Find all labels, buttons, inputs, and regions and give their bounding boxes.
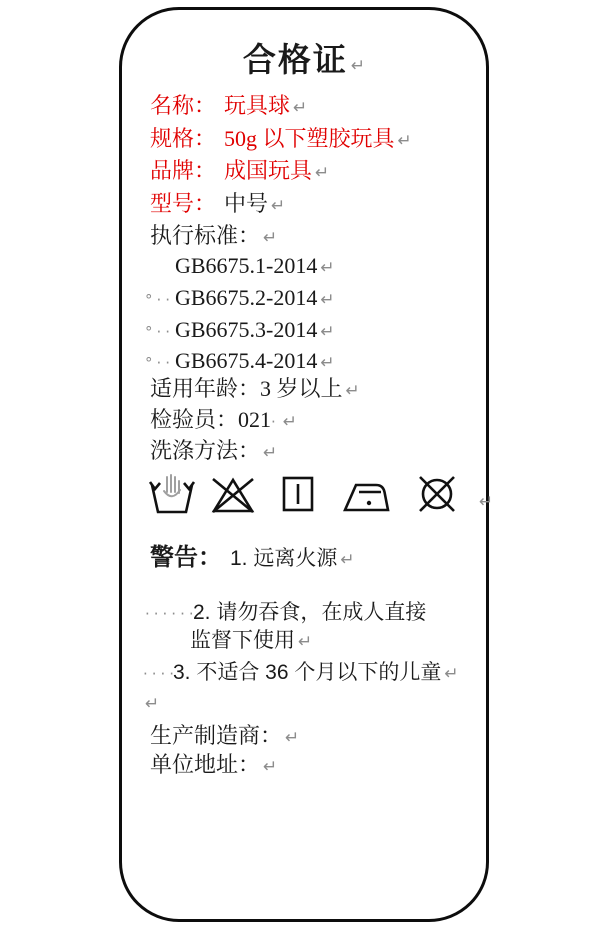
certificate-title-line: 合格证↵ (122, 40, 486, 86)
care-symbols-row: ↵ (147, 472, 493, 516)
standard-item: GB6675.1-2014↵ (175, 252, 335, 279)
paragraph-mark: ↵ (283, 412, 297, 432)
field-age-label: 适用年龄： (150, 376, 260, 401)
space-marks: °·· (145, 350, 175, 377)
field-standard-label: 执行标准： (150, 223, 260, 248)
standard-code: GB6675.3-2014 (175, 317, 317, 342)
warning-item-1: 1. 远离火源 (230, 547, 337, 570)
paragraph-mark: ↵ (320, 258, 334, 278)
field-washing-label: 洗涤方法： (150, 438, 260, 463)
warning-item-3: 3. 不适合 36 个月以下的儿童 (173, 661, 441, 684)
warning-label: 警告： (150, 544, 222, 571)
page-title: 合格证 (243, 41, 348, 78)
warning-line-1: 警告：1. 远离火源↵ (150, 542, 355, 574)
field-inspector-label: 检验员： (150, 407, 238, 432)
paragraph-mark: ↵ (444, 664, 458, 684)
do-not-bleach-icon (207, 473, 259, 515)
warning-item-2: 2. 请勿吞食，在成人直接 (193, 601, 426, 624)
field-model-label: 型号： (150, 191, 216, 216)
space-mark: · (271, 409, 280, 436)
warning-line-2: ·······2. 请勿吞食，在成人直接 (145, 598, 426, 625)
certificate-card: 合格证↵ 名称：玩具球↵ 规格：50g 以下塑胶玩具↵ 品牌：成国玩具↵ 型号：… (119, 7, 489, 922)
field-name: 名称：玩具球↵ (150, 92, 307, 119)
paragraph-mark: ↵ (340, 550, 354, 570)
document-page: { "colors": { "red": "#e00000", "text": … (0, 0, 600, 939)
empty-line: ↵ (145, 688, 159, 715)
standard-item: °··GB6675.2-2014↵ (145, 284, 335, 311)
field-age: 适用年龄：3 岁以上↵ (150, 375, 360, 402)
space-marks: ······· (145, 601, 193, 628)
paragraph-mark: ↵ (320, 322, 334, 342)
paragraph-mark: ↵ (298, 632, 312, 652)
standard-code: GB6675.4-2014 (175, 348, 317, 373)
paragraph-mark: ↵ (263, 757, 277, 777)
field-name-label: 名称： (150, 93, 216, 118)
field-manufacturer-label: 生产制造商： (150, 723, 282, 748)
paragraph-mark: ↵ (145, 694, 159, 714)
standard-item: °··GB6675.4-2014↵ (145, 347, 335, 374)
paragraph-mark: ↵ (263, 228, 277, 248)
paragraph-mark: ↵ (293, 98, 307, 118)
iron-low-temp-icon (343, 474, 391, 514)
field-brand-label: 品牌： (150, 158, 216, 183)
warning-item-2-cont: 监督下使用 (190, 629, 295, 652)
field-age-value: 3 岁以上 (260, 376, 343, 401)
paragraph-mark: ↵ (346, 381, 360, 401)
field-model: 型号：中号↵ (150, 190, 285, 217)
field-brand: 品牌：成国玩具↵ (150, 157, 329, 184)
field-manufacturer: 生产制造商：↵ (150, 722, 299, 749)
space-marks: °·· (145, 287, 175, 314)
hand-wash-icon (147, 473, 197, 515)
drip-dry-icon (281, 474, 315, 514)
standard-code: GB6675.1-2014 (175, 253, 317, 278)
paragraph-mark: ↵ (320, 290, 334, 310)
do-not-dry-clean-icon (415, 473, 459, 515)
field-spec-label: 规格： (150, 126, 216, 151)
paragraph-mark: ↵ (263, 443, 277, 463)
field-standard: 执行标准：↵ (150, 222, 277, 249)
field-inspector-value: 021 (238, 407, 271, 432)
field-spec: 规格：50g 以下塑胶玩具↵ (150, 125, 412, 152)
warning-line-2-cont: 监督下使用↵ (190, 626, 312, 653)
field-spec-value: 50g 以下塑胶玩具 (224, 126, 395, 151)
field-washing: 洗涤方法：↵ (150, 437, 277, 464)
field-brand-value: 成国玩具 (224, 158, 312, 183)
standard-code: GB6675.2-2014 (175, 285, 317, 310)
standard-item: °··GB6675.3-2014↵ (145, 316, 335, 343)
field-name-value: 玩具球 (224, 93, 290, 118)
paragraph-mark: ↵ (285, 728, 299, 748)
warning-line-3: ····3. 不适合 36 个月以下的儿童↵ (143, 658, 459, 685)
space-marks: °·· (145, 319, 175, 346)
field-address: 单位地址：↵ (150, 751, 277, 778)
paragraph-mark: ↵ (320, 353, 334, 373)
paragraph-mark: ↵ (351, 56, 365, 76)
space-marks: ···· (143, 661, 173, 688)
paragraph-mark: ↵ (398, 131, 412, 151)
field-address-label: 单位地址： (150, 752, 260, 777)
paragraph-mark: ↵ (315, 163, 329, 183)
paragraph-mark: ↵ (271, 196, 285, 216)
field-model-value: 中号 (224, 191, 268, 216)
field-inspector: 检验员：021·↵ (150, 406, 297, 433)
paragraph-mark: ↵ (479, 492, 493, 512)
